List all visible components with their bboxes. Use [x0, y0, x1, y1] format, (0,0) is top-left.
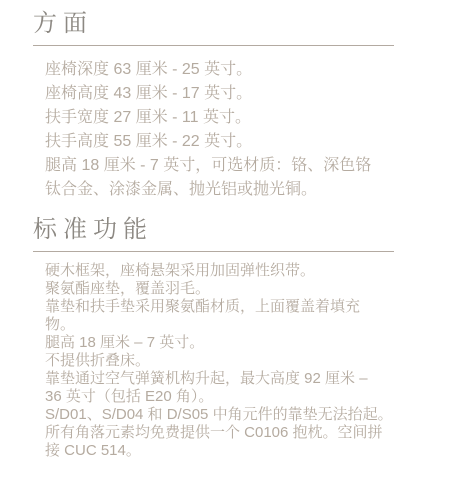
- dimension-armrest-width: 扶手宽度 27 厘米 - 11 英寸。: [45, 106, 394, 130]
- dimension-leg-height-finishes: 腿高 18 厘米 - 7 英寸，可选材质：铬、深色铬 钛合金、涂漆金属、抛光铝或…: [45, 154, 394, 202]
- feature-corner-limitation: S/D01、S/D04 和 D/S05 中角元件的靠垫无法抬起。: [45, 406, 394, 424]
- feature-leg-height: 腿高 18 厘米 – 7 英寸。: [45, 334, 394, 352]
- feature-free-pillow: 所有角落元素均免费提供一个 C0106 抱枕。空间拼 接 CUC 514。: [45, 424, 394, 460]
- feature-air-spring: 靠垫通过空气弹簧机构升起，最大高度 92 厘米 – 36 英寸（包括 E20 角…: [45, 370, 394, 406]
- standard-features-section-title: 标准功能: [33, 212, 394, 248]
- dimension-seat-height: 座椅高度 43 厘米 - 17 英寸。: [45, 82, 394, 106]
- dimensions-list: 座椅深度 63 厘米 - 25 英寸。 座椅高度 43 厘米 - 17 英寸。 …: [33, 58, 394, 202]
- dimension-armrest-height: 扶手高度 55 厘米 - 22 英寸。: [45, 130, 394, 154]
- dimension-seat-depth: 座椅深度 63 厘米 - 25 英寸。: [45, 58, 394, 82]
- dimensions-section-divider: [33, 45, 394, 46]
- feature-seat-cushion: 聚氨酯座垫，覆盖羽毛。: [45, 280, 394, 298]
- feature-no-sofa-bed: 不提供折叠床。: [45, 352, 394, 370]
- feature-back-arm-pads: 靠垫和扶手垫采用聚氨酯材质，上面覆盖着填充 物。: [45, 298, 394, 334]
- dimensions-section-title: 方面: [33, 6, 394, 42]
- product-spec-page: 方面 座椅深度 63 厘米 - 25 英寸。 座椅高度 43 厘米 - 17 英…: [0, 0, 459, 493]
- standard-features-section-divider: [33, 251, 394, 252]
- section-dimensions: 方面 座椅深度 63 厘米 - 25 英寸。 座椅高度 43 厘米 - 17 英…: [33, 6, 394, 202]
- feature-frame: 硬木框架，座椅悬架采用加固弹性织带。: [45, 262, 394, 280]
- section-standard-features: 标准功能 硬木框架，座椅悬架采用加固弹性织带。 聚氨酯座垫，覆盖羽毛。 靠垫和扶…: [33, 212, 394, 460]
- standard-features-list: 硬木框架，座椅悬架采用加固弹性织带。 聚氨酯座垫，覆盖羽毛。 靠垫和扶手垫采用聚…: [33, 262, 394, 460]
